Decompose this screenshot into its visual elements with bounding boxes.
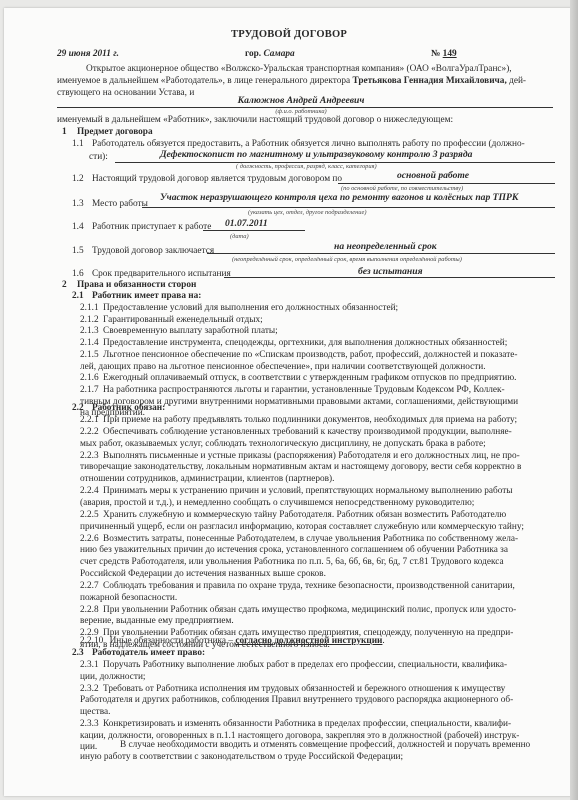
- profession-caption: ( должность, профессия, разряд, класс, к…: [236, 163, 377, 171]
- clause-line: 2.2.7Соблюдать требования и правила по о…: [80, 581, 515, 593]
- employee-name: Калюжнов Андрей Андреевич: [12, 95, 578, 107]
- clause-text: Срок предварительного испытания: [92, 269, 231, 279]
- clause-number: 2.1.6: [80, 373, 103, 385]
- clause-continuation: ции, должности;: [80, 672, 146, 684]
- clause-number: 2.1.1: [80, 303, 103, 315]
- clause-number: 2.3.1: [80, 660, 103, 672]
- clause-line: 2.1.6Ежегодный оплачиваемый отпуск, в со…: [80, 373, 517, 385]
- clause-continuation: отношении сотрудников, администрации, кл…: [80, 474, 334, 486]
- clause-number: 2.1.5: [80, 350, 103, 362]
- clause-number: 2.2.8: [80, 605, 103, 617]
- clause-line: 2.3.2Требовать от Работника исполнения и…: [80, 684, 505, 696]
- number-sign: №: [431, 49, 440, 59]
- clause-line: 2.1.2Гарантированный еженедельный отдых;: [80, 315, 263, 327]
- clause-text: Принимать меры к устранению причин и усл…: [103, 486, 513, 496]
- clause-text: Своевременную выплату заработной платы;: [103, 326, 278, 336]
- clause-number: 1.4: [72, 222, 84, 232]
- clause-line: 2.2.1При приеме на работу предъявлять то…: [80, 415, 517, 427]
- clause-text: Иные обязанности работника –: [110, 636, 236, 646]
- clause-text: При увольнении Работник обязан сдать иму…: [103, 605, 516, 615]
- clause-number: 2.3.3: [80, 719, 103, 731]
- contract-date: 29 июня 2011 г.: [57, 49, 119, 61]
- clause-number: 2.2.3: [80, 451, 103, 463]
- clause-1-1-cont: сти):: [89, 152, 108, 164]
- clause-1-6: 1.6 Срок предварительного испытания: [72, 269, 231, 281]
- clause-continuation: тиворечащие законодательству, локальным …: [80, 462, 521, 474]
- section-number: 2: [62, 280, 67, 290]
- clause-1-5: 1.5 Трудовой договор заключается: [72, 246, 214, 258]
- subsection-number: 2.3: [72, 648, 84, 658]
- city-prefix: гор.: [245, 49, 261, 59]
- subsection-2-3-heading: 2.3 Работодатель имеет право:: [72, 648, 205, 660]
- clause-text: При приеме на работу предъявлять только …: [103, 415, 517, 425]
- clause-number: 2.1.7: [80, 385, 103, 397]
- workplace-line: [142, 207, 555, 208]
- clause-line: 2.1.1Предоставление условий для выполнен…: [80, 303, 398, 315]
- start-date-caption: (дата): [230, 233, 249, 241]
- clause-1-2: 1.2 Настоящий трудовой договор является …: [72, 174, 342, 186]
- clause-text: Предоставление инструмента, спецодежды, …: [103, 338, 507, 348]
- profession-value: Дефектоскопист по магнитному и ультразву…: [160, 149, 472, 161]
- clause-number: 2.2.10: [80, 636, 103, 646]
- subsection-2-2-heading: 2.2 Работник обязан:: [72, 403, 165, 415]
- clause-text: Хранить служебную и коммерческую тайну Р…: [103, 510, 506, 520]
- section-1-heading: 1 Предмет договора: [62, 127, 153, 139]
- contract-number: № 149: [431, 49, 457, 61]
- section-title: Права и обязанности сторон: [77, 280, 196, 290]
- clause-number: 1.2: [72, 174, 84, 184]
- start-date-value: 01.07.2011: [225, 218, 268, 230]
- clause-number: 2.3.2: [80, 684, 103, 696]
- clause-text: Требовать от Работника исполнения им тру…: [103, 684, 505, 694]
- clause-continuation: счет средств Работодателя, или увольнени…: [80, 557, 504, 569]
- probation-value: без испытания: [358, 266, 423, 278]
- intro-after: именуемый в дальнейшем «Работник», заклю…: [57, 115, 453, 127]
- clause-line: 2.2.8При увольнении Работник обязан сдат…: [80, 605, 516, 617]
- number-value: 149: [443, 49, 457, 59]
- intro-line-2: именуемое в дальнейшем «Работодатель», в…: [57, 76, 526, 88]
- document-title: ТРУДОВОЙ ДОГОВОР: [0, 29, 578, 41]
- employment-contract: ТРУДОВОЙ ДОГОВОР 29 июня 2011 г. гор. Са…: [0, 0, 578, 800]
- clause-number: 2.2.4: [80, 486, 103, 498]
- clause-text: Возместить затраты, понесенные Работодат…: [103, 534, 518, 544]
- clause-number: 2.1.3: [80, 326, 103, 338]
- clause-number: 2.2.7: [80, 581, 103, 593]
- intro-text: именуемое в дальнейшем «Работодатель», в…: [57, 76, 352, 86]
- clause-text: Льготное пенсионное обеспечение по «Спис…: [103, 350, 517, 360]
- clause-text: Выполнять письменные и устные приказы (р…: [103, 451, 520, 461]
- subsection-title: Работник обязан:: [92, 403, 165, 413]
- clause-line: 2.2.6Возместить затраты, понесенные Рабо…: [80, 534, 518, 546]
- clause-text: Настоящий трудовой договор является труд…: [92, 174, 342, 184]
- clause-line: 2.1.4Предоставление инструмента, спецоде…: [80, 338, 507, 350]
- clause-1-3: 1.3 Место работы: [72, 199, 148, 211]
- clause-number: 2.2.1: [80, 415, 103, 427]
- clause-number: 1.1: [72, 139, 84, 149]
- clause-text: Работник приступает к работе: [92, 222, 211, 232]
- clause-number: 1.6: [72, 269, 84, 279]
- workplace-value: Участок неразрушающего контроля цеха по …: [160, 192, 518, 204]
- clause-text: Конкретизировать и изменять обязанности …: [103, 719, 511, 729]
- subsection-2-1-heading: 2.1 Работник имеет права на:: [72, 291, 201, 303]
- term-line: [207, 253, 555, 254]
- section-2-heading: 2 Права и обязанности сторон: [62, 280, 196, 292]
- section-title: Предмет договора: [77, 127, 153, 137]
- clause-line: 2.2.3Выполнять письменные и устные прика…: [80, 451, 520, 463]
- clause-line: 2.2.4Принимать меры к устранению причин …: [80, 486, 513, 498]
- clause-text: Работодатель обязуется предоставить, а Р…: [92, 139, 525, 149]
- clause-number: 2.1.4: [80, 338, 103, 350]
- clause-number: 2.2.5: [80, 510, 103, 522]
- clause-text: На работника распространяются льготы и г…: [103, 385, 505, 395]
- clause-text: Поручать Работнику выполнение любых рабо…: [103, 660, 507, 670]
- subsection-title: Работник имеет права на:: [92, 291, 201, 301]
- start-date-line: [203, 230, 305, 231]
- clause-text: Трудовой договор заключается: [92, 246, 214, 256]
- work-type-line: [338, 183, 555, 184]
- clause-continuation: лей, дающих право на льготное пенсионное…: [80, 362, 486, 374]
- clause-1-4: 1.4 Работник приступает к работе: [72, 222, 211, 234]
- work-type-value: основной работе: [397, 170, 469, 182]
- clause-continuation: причиненный ущерб, если он разгласил инф…: [80, 522, 524, 534]
- clause-continuation: щества.: [80, 707, 110, 719]
- clause-text: Место работы: [92, 199, 148, 209]
- clause-line: 2.3.3Конкретизировать и изменять обязанн…: [80, 719, 511, 731]
- probation-line: [224, 277, 555, 278]
- clause-line: 2.3.1Поручать Работнику выполнение любых…: [80, 660, 507, 672]
- clause-continuation: Работодателя и других работников, соблюд…: [80, 695, 513, 707]
- subsection-number: 2.1: [72, 291, 84, 301]
- section-number: 1: [62, 127, 67, 137]
- clause-text: Предоставление условий для выполнения ег…: [103, 303, 398, 313]
- clause-number: 2.1.2: [80, 315, 103, 327]
- contract-city: гор. Самара: [245, 49, 295, 61]
- city-name: Самара: [263, 49, 294, 59]
- clause-end: .: [382, 636, 384, 646]
- clause-line: 2.2.5Хранить служебную и коммерческую та…: [80, 510, 506, 522]
- clause-text: Ежегодный оплачиваемый отпуск, в соответ…: [103, 373, 517, 383]
- workplace-caption: (указать цех, отдел, другое подразделени…: [248, 209, 366, 217]
- clause-line: 2.2.2Обеспечивать соблюдение установленн…: [80, 427, 512, 439]
- term-value: на неопределенный срок: [334, 241, 437, 253]
- clause-continuation: мых работ, оказываемых услуг, соблюдать …: [80, 439, 486, 451]
- clause-line: 2.1.5Льготное пенсионное обеспечение по …: [80, 350, 517, 362]
- clause-text: Обеспечивать соблюдение установленных тр…: [103, 427, 512, 437]
- intro-line-1: Открытое акционерное общество «Волжско-У…: [86, 64, 512, 76]
- clause-number: 2.2.2: [80, 427, 103, 439]
- clause-continuation: (авария, простой и т.д.), и немедленно с…: [80, 498, 474, 510]
- clause-continuation: Российской Федерации до истечения назван…: [80, 569, 326, 581]
- clause-2-2-10: 2.2.10 Иные обязанности работника – согл…: [80, 636, 385, 648]
- clause-continuation: нию без уважительных причин до истечения…: [80, 545, 508, 557]
- clause-number: 2.2.6: [80, 534, 103, 546]
- clause-line: 2.1.7На работника распространяются льгот…: [80, 385, 505, 397]
- clause-continuation: пожарной безопасности.: [80, 593, 177, 605]
- intro-text-end: дей-: [507, 76, 526, 86]
- clause-text: Соблюдать требования и правила по охране…: [103, 581, 515, 591]
- director-name: Третьякова Геннадия Михайловича,: [352, 76, 506, 86]
- clause-text: Гарантированный еженедельный отдых;: [103, 315, 263, 325]
- subsection-title: Работодатель имеет право:: [92, 648, 205, 658]
- clause-continuation: верение, выданные ему предприятием.: [80, 616, 234, 628]
- clause-line: 2.1.3Своевременную выплату заработной пл…: [80, 326, 278, 338]
- job-instruction-reference: согласно должностной инструкции: [235, 636, 382, 646]
- clause-number: 1.3: [72, 199, 84, 209]
- clause-number: 1.5: [72, 246, 84, 256]
- closing-line-2: иную работу в соответствии с законодател…: [80, 752, 403, 764]
- subsection-number: 2.2: [72, 403, 84, 413]
- closing-line-1: В случае необходимости вводить и отменят…: [120, 740, 530, 752]
- term-caption: (неопределённый срок, определённый срок,…: [232, 256, 462, 264]
